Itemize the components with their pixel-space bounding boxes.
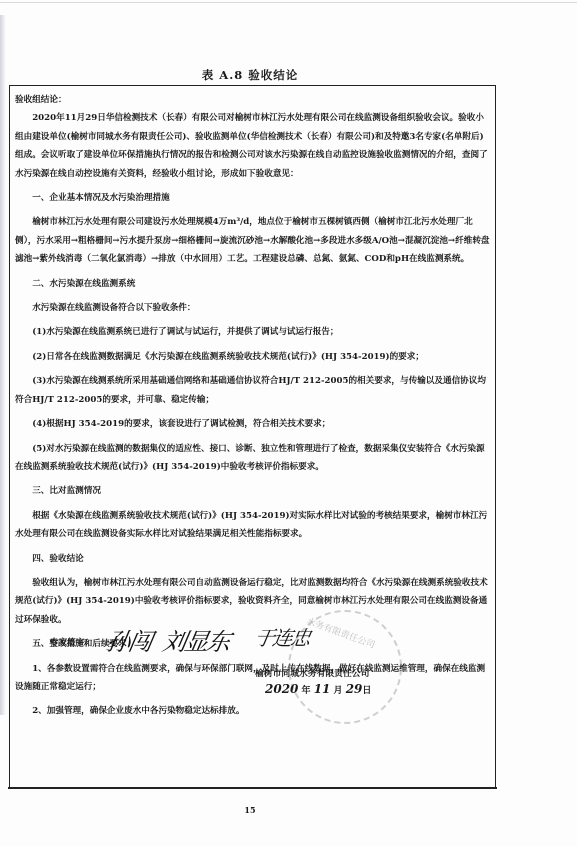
section-heading-1: 一、企业基本情况及水污染治理措施 (15, 189, 491, 207)
box-label: 验收组结论： (15, 91, 491, 109)
signature-3: 于连忠 (252, 622, 311, 651)
intro-paragraph: 2020年11月29日华信检测技术（长春）有限公司对榆树市林江污水处理有限公司在… (15, 109, 491, 183)
signature-2: 刘显东 (160, 622, 232, 657)
section-2-paragraph: 水污染源在线监测设备符合以下验收条件： (15, 299, 491, 317)
date-day: 29 (346, 682, 363, 696)
date-year-unit: 年 (302, 686, 311, 696)
date-month: 11 (314, 682, 331, 696)
signature-1: 孙闯 (104, 622, 154, 657)
conclusion-box: 验收组结论： 2020年11月29日华信检测技术（长春）有限公司对榆树市林江污水… (9, 85, 496, 788)
section-2-item-3: (3)水污染源在线测系统所采用基础通信网络和基础通信协议符合HJ/T 212-2… (15, 372, 491, 409)
section-5-item-2: 2、加强管理，确保企业废水中各污染物稳定达标排放。 (15, 702, 491, 720)
date-month-unit: 月 (334, 686, 343, 696)
section-1-paragraph: 榆树市林江污水处理有限公司建设污水处理规模4万m³/d，地点位于榆树市五棵树镇西… (15, 213, 491, 268)
section-3-paragraph: 根据《水染源在线监测系统验收技术规范(试行)》(HJ 354-2019)对实际水… (15, 507, 491, 544)
signature-label: 专家签字： (50, 636, 93, 648)
section-2-item-2: (2)日常各在线监测数据满足《水污染源在线监测系统验收技术规范(试行)》(HJ … (15, 348, 491, 366)
section-2-item-4: (4)根据HJ 354-2019的要求，该套设进行了调试检测，符合相关技术要求； (15, 415, 491, 433)
section-2-item-1: (1)水污染源在线监测系统已进行了调试与试运行，并提供了调试与试运行报告； (15, 323, 491, 341)
page-number: 15 (0, 805, 500, 815)
section-heading-3: 三、比对监测情况 (15, 482, 491, 500)
section-heading-4: 四、验收结论 (15, 550, 491, 568)
section-2-item-5: (5)对水污染源在线监测的数据集仪的适应性、接口、诊断、独立性和管理进行了检查，… (15, 440, 491, 477)
page-title: 表 A.8 验收结论 (0, 67, 500, 83)
expert-signature-row: 专家签字： 孙闯 刘显东 于连忠 (45, 622, 465, 662)
signing-date: 2020 年 11 月 29日 (265, 682, 371, 696)
date-day-unit: 日 (362, 686, 371, 696)
section-heading-2: 二、水污染源在线监测系统 (15, 275, 491, 293)
date-year: 2020 (265, 682, 298, 696)
scan-binding-shadow (0, 15, 6, 715)
scan-top-edge (0, 2, 577, 3)
section-5-item-1: 1、各参数设置需符合在线监测要求，确保与环保部门联网，及时上传在线数据，做好在线… (15, 660, 491, 697)
section-4-paragraph: 验收组认为，榆树市林江污水处理有限公司自动监测设备运行稳定，比对监测数据均符合《… (15, 574, 491, 629)
company-name: 榆树市同城水务有限责任公司 (255, 666, 369, 679)
